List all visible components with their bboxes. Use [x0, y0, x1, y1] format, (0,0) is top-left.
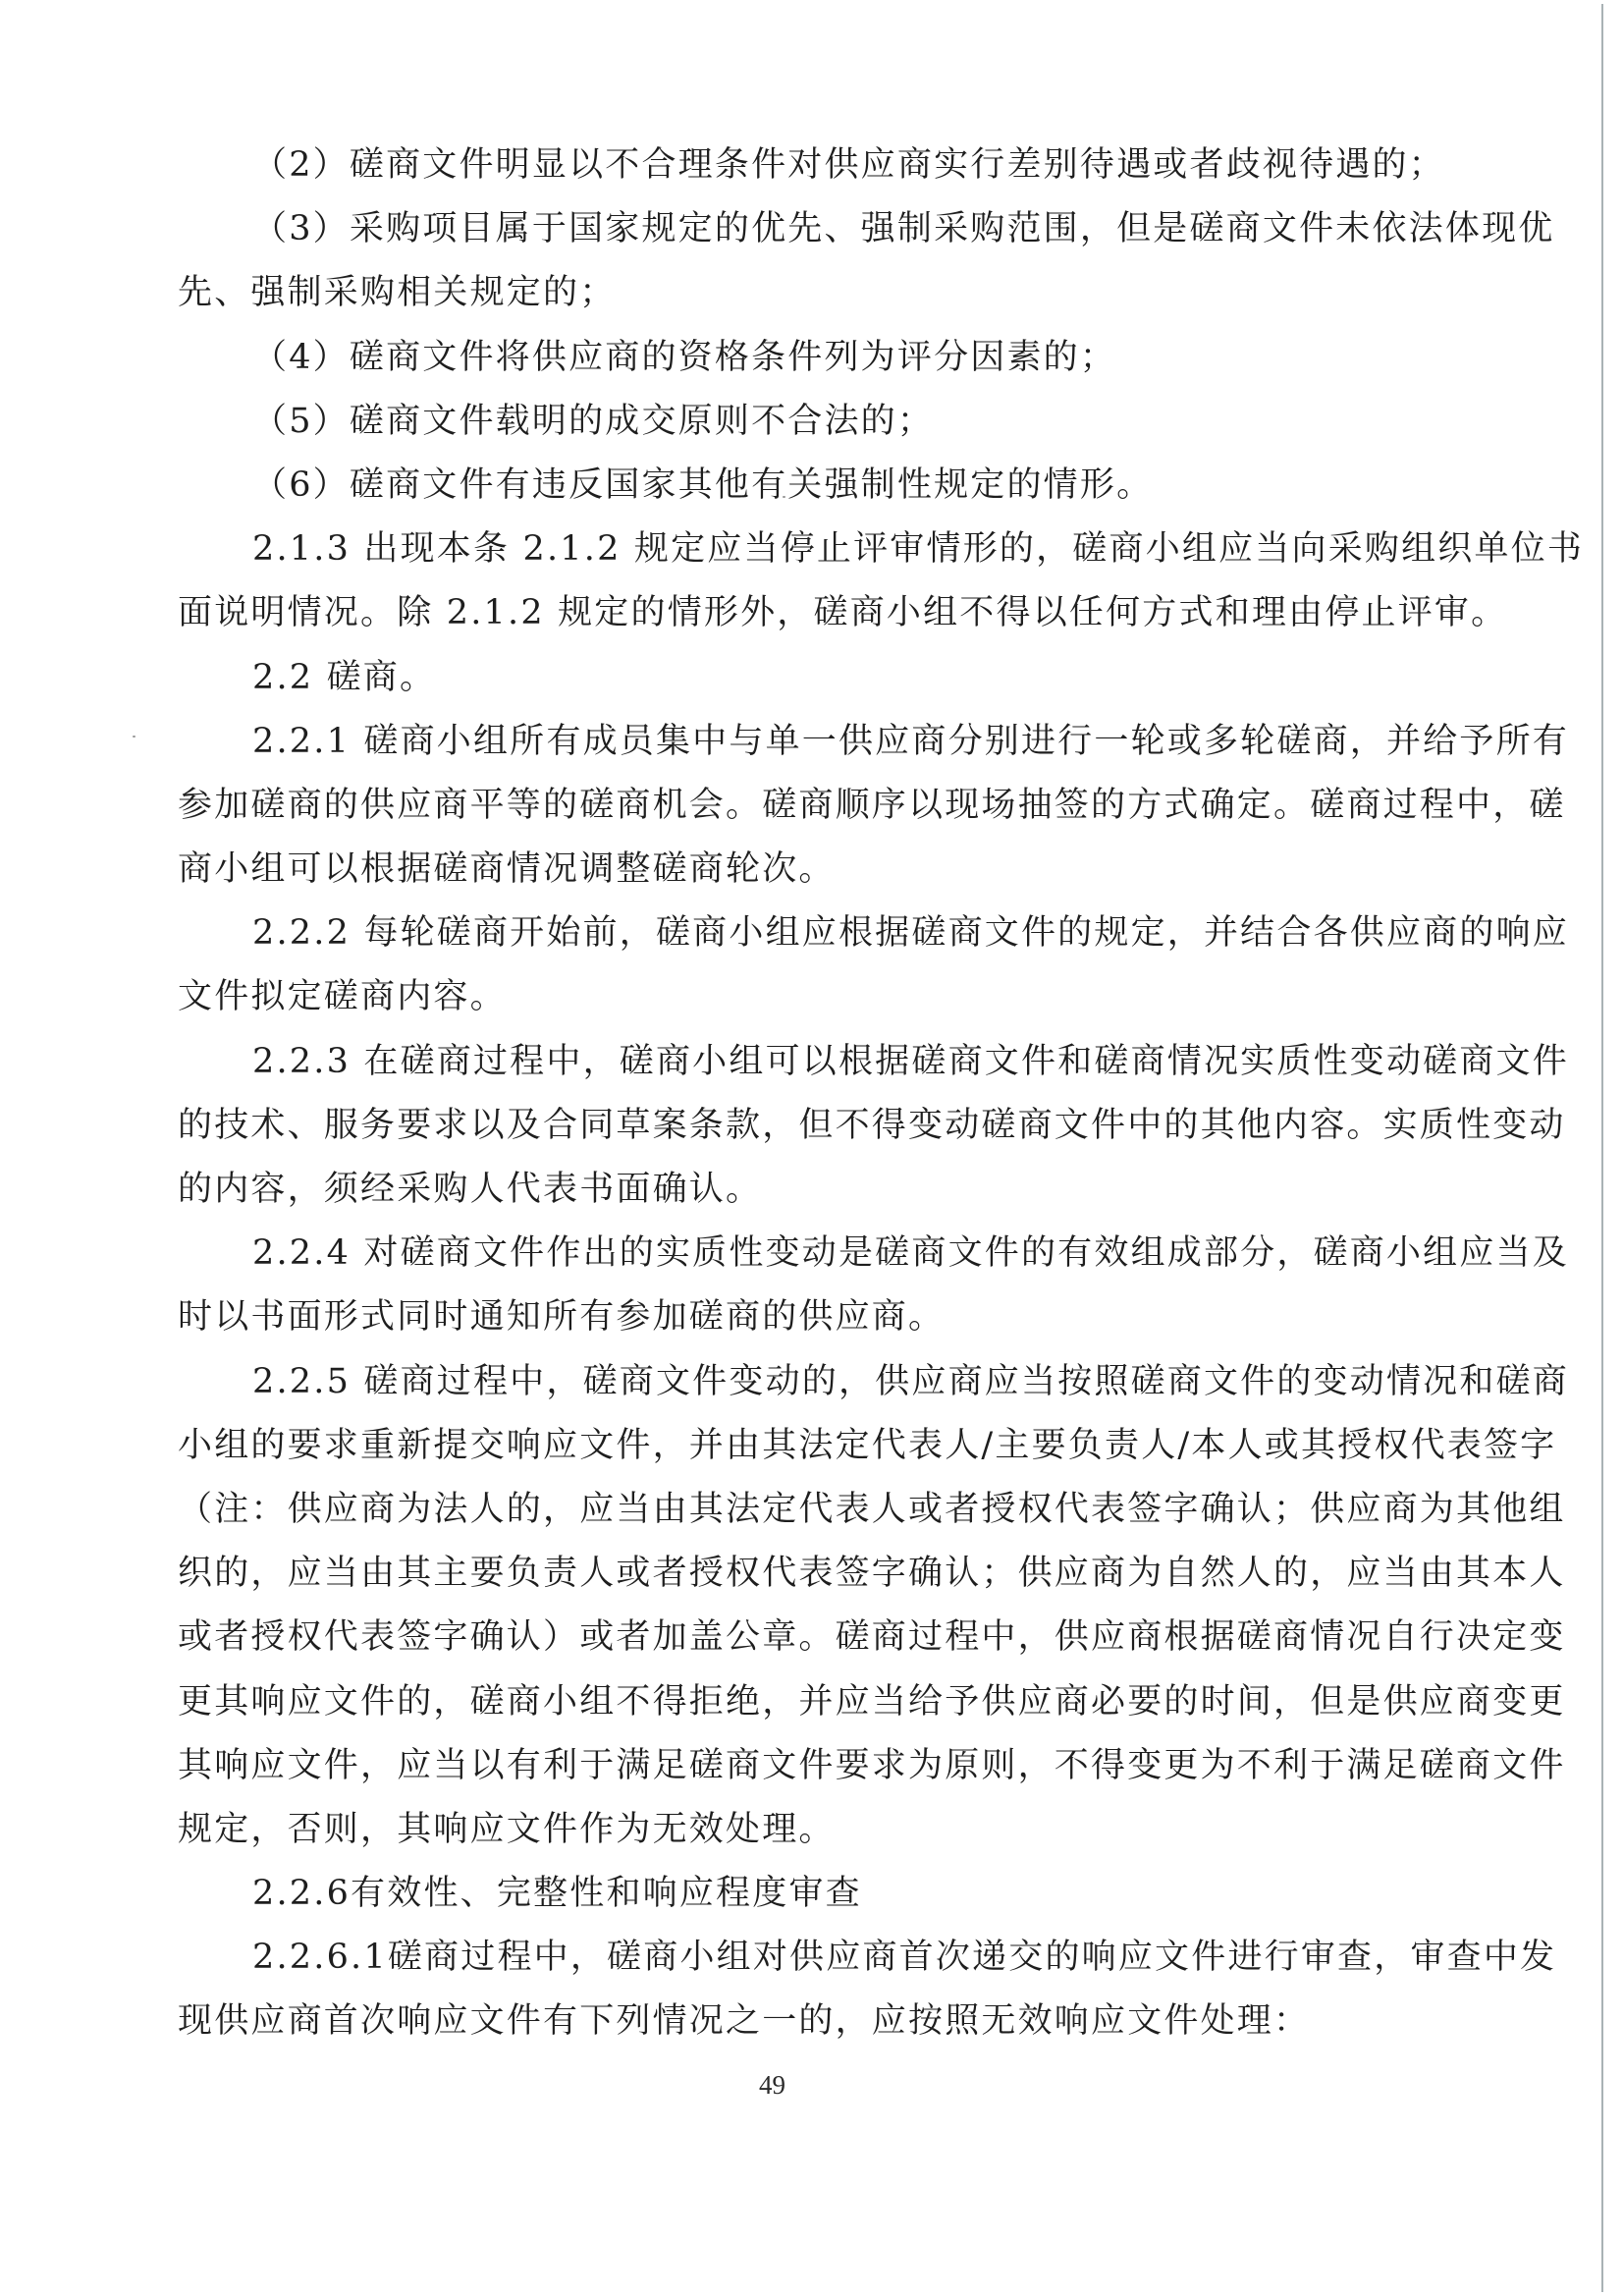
section-2-2-5-cont: （注：供应商为法人的，应当由其法定代表人或者授权代表签字确认；供应商为其他组: [178, 1478, 1400, 1542]
clause-item-6: （6）磋商文件有违反国家其他有关强制性规定的情形。: [178, 454, 1400, 518]
section-2-2-4: 2.2.4 对磋商文件作出的实质性变动是磋商文件的有效组成部分，磋商小组应当及: [178, 1222, 1400, 1285]
section-2-2-5-cont: 规定，否则，其响应文件作为无效处理。: [178, 1798, 1400, 1862]
document-page: （2）磋商文件明显以不合理条件对供应商实行差别待遇或者歧视待遇的； （3）采购项…: [0, 0, 1623, 2296]
scan-edge-line: [1601, 4, 1603, 2292]
section-2-2-3-cont: 的技术、服务要求以及合同草案条款，但不得变动磋商文件中的其他内容。实质性变动: [178, 1094, 1400, 1158]
section-2-2-2: 2.2.2 每轮磋商开始前，磋商小组应根据磋商文件的规定，并结合各供应商的响应: [178, 902, 1400, 965]
section-2-1-3: 2.1.3 出现本条 2.1.2 规定应当停止评审情形的，磋商小组应当向采购组织…: [178, 518, 1400, 581]
clause-item-2: （2）磋商文件明显以不合理条件对供应商实行差别待遇或者歧视待遇的；: [178, 134, 1400, 197]
section-2-2-5-cont: 织的，应当由其主要负责人或者授权代表签字确认；供应商为自然人的，应当由其本人: [178, 1542, 1400, 1606]
clause-item-3: （3）采购项目属于国家规定的优先、强制采购范围，但是磋商文件未依法体现优: [178, 197, 1400, 261]
section-2-1-3-cont: 面说明情况。除 2.1.2 规定的情形外，磋商小组不得以任何方式和理由停止评审。: [178, 581, 1400, 645]
section-2-2-1-cont: 商小组可以根据磋商情况调整磋商轮次。: [178, 838, 1400, 902]
section-2-2-6-1: 2.2.6.1磋商过程中，磋商小组对供应商首次递交的响应文件进行审查，审查中发: [178, 1926, 1400, 1990]
document-body: （2）磋商文件明显以不合理条件对供应商实行差别待遇或者歧视待遇的； （3）采购项…: [178, 134, 1400, 2054]
section-2-2-3: 2.2.3 在磋商过程中，磋商小组可以根据磋商文件和磋商情况实质性变动磋商文件: [178, 1030, 1400, 1094]
section-2-2-5-cont: 或者授权代表签字确认）或者加盖公章。磋商过程中，供应商根据磋商情况自行决定变: [178, 1606, 1400, 1669]
section-2-2-2-cont: 文件拟定磋商内容。: [178, 965, 1400, 1029]
section-2-2-5-cont: 小组的要求重新提交响应文件，并由其法定代表人/主要负责人/本人或其授权代表签字: [178, 1414, 1400, 1478]
section-2-2-5-cont: 其响应文件，应当以有利于满足磋商文件要求为原则，不得变更为不利于满足磋商文件: [178, 1734, 1400, 1798]
section-2-2-heading: 2.2 磋商。: [178, 646, 1400, 710]
page-number: 49: [0, 2070, 1623, 2101]
clause-item-5: （5）磋商文件载明的成交原则不合法的；: [178, 390, 1400, 454]
section-2-2-5: 2.2.5 磋商过程中，磋商文件变动的，供应商应当按照磋商文件的变动情况和磋商: [178, 1350, 1400, 1414]
section-2-2-6-heading: 2.2.6有效性、完整性和响应程度审查: [178, 1862, 1400, 1926]
section-2-2-4-cont: 时以书面形式同时通知所有参加磋商的供应商。: [178, 1285, 1400, 1349]
section-2-2-5-cont: 更其响应文件的，磋商小组不得拒绝，并应当给予供应商必要的时间，但是供应商变更: [178, 1670, 1400, 1734]
scan-speck: [133, 736, 135, 738]
section-2-2-3-cont: 的内容，须经采购人代表书面确认。: [178, 1158, 1400, 1222]
section-2-2-1-cont: 参加磋商的供应商平等的磋商机会。磋商顺序以现场抽签的方式确定。磋商过程中，磋: [178, 774, 1400, 838]
section-2-2-1: 2.2.1 磋商小组所有成员集中与单一供应商分别进行一轮或多轮磋商，并给予所有: [178, 710, 1400, 774]
section-2-2-6-1-cont: 现供应商首次响应文件有下列情况之一的，应按照无效响应文件处理：: [178, 1990, 1400, 2053]
clause-item-3-cont: 先、强制采购相关规定的；: [178, 261, 1400, 325]
clause-item-4: （4）磋商文件将供应商的资格条件列为评分因素的；: [178, 326, 1400, 390]
